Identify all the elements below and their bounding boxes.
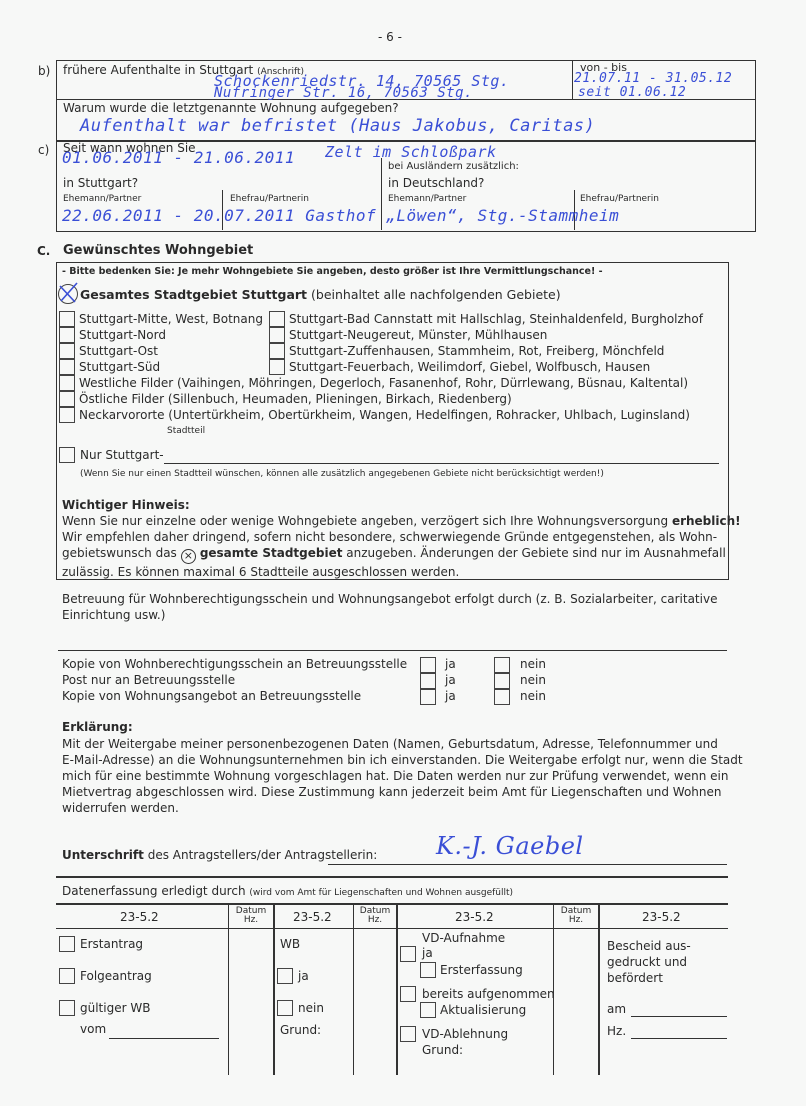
district-label: Stuttgart-Mitte, West, Botnang xyxy=(79,312,263,326)
wb-no-label: nein xyxy=(298,1001,324,1015)
care-label: Betreuung für Wohnberechtigungsschein un… xyxy=(62,591,717,623)
care-option-label: Kopie von Wohnberechtigungsschein an Bet… xyxy=(62,657,407,671)
care-input-line[interactable] xyxy=(58,650,727,651)
already-admitted-checkbox[interactable] xyxy=(400,986,416,1002)
divider xyxy=(228,905,229,1075)
care-option-label: Post nur an Betreuungsstelle xyxy=(62,673,235,687)
wb-yes-label: ja xyxy=(298,969,309,983)
period-1[interactable]: 21.07.11 - 31.05.12 xyxy=(574,71,732,86)
wife-label: Ehefrau/Partnerin xyxy=(230,194,309,204)
vom-label: vom xyxy=(80,1022,106,1036)
district-label: Stuttgart-Ost xyxy=(79,344,158,358)
valid-wb-checkbox[interactable] xyxy=(59,1000,75,1016)
care-no-label: nein xyxy=(520,657,546,671)
declaration-line: E-Mail-Adresse) an die Wohnungsunternehm… xyxy=(62,752,743,768)
district-label: Stuttgart-Zuffenhausen, Stammheim, Rot, … xyxy=(289,344,664,358)
district-label: Östliche Filder (Sillenbuch, Heumaden, P… xyxy=(79,392,512,406)
signature-line[interactable] xyxy=(328,864,727,865)
husband-label-2: Ehemann/Partner xyxy=(388,194,466,204)
valid-wb-label: gültiger WB xyxy=(80,1001,150,1015)
district-label: Stuttgart-Feuerbach, Weilimdorf, Giebel,… xyxy=(289,360,650,374)
declaration-text: Mit der Weitergabe meiner personenbezoge… xyxy=(62,736,743,816)
since-note[interactable]: Zelt im Schloßpark xyxy=(325,143,497,161)
only-district-input[interactable] xyxy=(164,463,719,464)
update-label: Aktualisierung xyxy=(440,1003,526,1017)
district-checkbox[interactable] xyxy=(59,327,75,343)
update-checkbox[interactable] xyxy=(420,1002,436,1018)
divider xyxy=(56,903,728,905)
care-yes-checkbox[interactable] xyxy=(420,657,436,673)
date-header-3: DatumHz. xyxy=(554,907,598,925)
col4-header: 23-5.2 xyxy=(642,910,681,924)
cross-mark-icon xyxy=(57,282,79,304)
col3-header: 23-5.2 xyxy=(455,910,494,924)
date-header-2: DatumHz. xyxy=(354,907,396,925)
office-label: Datenerfassung erledigt durch (wird vom … xyxy=(62,884,513,898)
divider xyxy=(353,905,354,1075)
only-district-checkbox[interactable] xyxy=(59,447,75,463)
first-application-label: Erstantrag xyxy=(80,937,143,951)
vd-reason-label: Grund: xyxy=(422,1043,463,1057)
notice-title: Wichtiger Hinweis: xyxy=(62,498,190,512)
care-yes-checkbox[interactable] xyxy=(420,689,436,705)
care-yes-label: ja xyxy=(445,657,456,671)
district-checkbox[interactable] xyxy=(269,343,285,359)
signature-value[interactable]: K.-J. Gaebel xyxy=(436,832,584,860)
section-c-label: c) xyxy=(38,143,49,157)
follow-up-application-checkbox[interactable] xyxy=(59,968,75,984)
col2-header: 23-5.2 xyxy=(293,910,332,924)
signature-label: Unterschrift des Antragstellers/der Antr… xyxy=(62,848,377,862)
section-C-title: Gewünschtes Wohngebiet xyxy=(63,243,253,258)
district-checkbox[interactable] xyxy=(269,311,285,327)
follow-up-application-label: Folgeantrag xyxy=(80,969,152,983)
foreigner-note: bei Ausländern zusätzlich: xyxy=(388,161,519,172)
divider xyxy=(396,905,398,1075)
notice-text: Wenn Sie nur einzelne oder wenige Wohnge… xyxy=(62,513,741,580)
in-germany-label: in Deutschland? xyxy=(388,176,484,190)
district-checkbox[interactable] xyxy=(269,327,285,343)
care-no-checkbox[interactable] xyxy=(494,657,510,673)
hint-text: - Bitte bedenken Sie: Je mehr Wohngebiet… xyxy=(62,266,603,277)
care-yes-label: ja xyxy=(445,673,456,687)
section-C-letter: C. xyxy=(37,244,50,258)
in-stuttgart-label: in Stuttgart? xyxy=(63,176,138,190)
care-no-label: nein xyxy=(520,673,546,687)
divider xyxy=(273,905,275,1075)
divider xyxy=(56,928,728,929)
vd-rejection-checkbox[interactable] xyxy=(400,1026,416,1042)
hz-label: Hz. xyxy=(607,1024,626,1038)
district-checkbox[interactable] xyxy=(59,311,75,327)
district-label: Stuttgart-Bad Cannstatt mit Hallschlag, … xyxy=(289,312,703,326)
divider xyxy=(56,876,728,878)
declaration-line: Mit der Weitergabe meiner personenbezoge… xyxy=(62,736,743,752)
divider xyxy=(572,60,573,100)
first-capture-checkbox[interactable] xyxy=(420,962,436,978)
wife-label-2: Ehefrau/Partnerin xyxy=(580,194,659,204)
stay-value[interactable]: 22.06.2011 - 20.07.2011 Gasthof „Löwen“,… xyxy=(62,206,619,225)
care-no-label: nein xyxy=(520,689,546,703)
declaration-line: mich für eine bestimmte Wohnung vorgesch… xyxy=(62,768,743,784)
care-yes-checkbox[interactable] xyxy=(420,673,436,689)
district-label: Stuttgart-Neugereut, Münster, Mühlhausen xyxy=(289,328,547,342)
district-checkbox[interactable] xyxy=(59,375,75,391)
district-label: Westliche Filder (Vaihingen, Möhringen, … xyxy=(79,376,688,390)
district-checkbox[interactable] xyxy=(269,359,285,375)
reason-value[interactable]: Aufenthalt war befristet (Haus Jakobus, … xyxy=(80,116,595,136)
district-checkbox[interactable] xyxy=(59,407,75,423)
care-no-checkbox[interactable] xyxy=(494,689,510,705)
care-no-checkbox[interactable] xyxy=(494,673,510,689)
am-input[interactable] xyxy=(631,1016,727,1017)
vd-yes-label: ja xyxy=(422,946,433,960)
first-application-checkbox[interactable] xyxy=(59,936,75,952)
wb-reason-label: Grund: xyxy=(280,1023,321,1037)
district-label: Stuttgart-Nord xyxy=(79,328,166,342)
wb-no-checkbox[interactable] xyxy=(277,1000,293,1016)
reason-label: Warum wurde die letztgenannte Wohnung au… xyxy=(63,101,399,115)
hz-input[interactable] xyxy=(631,1038,727,1039)
circled-x-icon: × xyxy=(181,549,196,564)
divider xyxy=(598,905,600,1075)
only-district-label: Nur Stuttgart- xyxy=(80,448,164,462)
declaration-title: Erklärung: xyxy=(62,720,133,734)
district-label: Stuttgart-Süd xyxy=(79,360,160,374)
declaration-line: widerrufen werden. xyxy=(62,800,743,816)
vd-yes-checkbox[interactable] xyxy=(400,946,416,962)
date-header-1: DatumHz. xyxy=(229,907,273,925)
husband-label: Ehemann/Partner xyxy=(63,194,141,204)
notice-printed-label: Bescheid aus-gedruckt undbefördert xyxy=(607,938,691,986)
since-value[interactable]: 01.06.2011 - 21.06.2011 xyxy=(62,148,295,167)
care-option-label: Kopie von Wohnungsangebot an Betreuungss… xyxy=(62,689,361,703)
district-checkbox[interactable] xyxy=(59,359,75,375)
whole-city-label: Gesamtes Stadtgebiet Stuttgart (beinhalt… xyxy=(80,287,561,302)
care-yes-label: ja xyxy=(445,689,456,703)
section-b-label: b) xyxy=(38,64,50,78)
page-number: - 6 - xyxy=(378,30,402,44)
already-admitted-label: bereits aufgenommen xyxy=(422,987,555,1001)
stadtteil-label: Stadtteil xyxy=(167,426,205,436)
district-checkbox[interactable] xyxy=(59,391,75,407)
whole-city-radio[interactable] xyxy=(58,284,78,304)
vd-rejection-label: VD-Ablehnung xyxy=(422,1027,508,1041)
wb-title: WB xyxy=(280,937,300,951)
district-label: Neckarvororte (Untertürkheim, Obertürkhe… xyxy=(79,408,690,422)
vd-intake-title: VD-Aufnahme xyxy=(422,931,505,945)
am-label: am xyxy=(607,1002,626,1016)
vom-input[interactable] xyxy=(109,1038,219,1039)
only-district-note: (Wenn Sie nur einen Stadtteil wünschen, … xyxy=(80,469,604,479)
first-capture-label: Ersterfassung xyxy=(440,963,523,977)
col1-header: 23-5.2 xyxy=(120,910,159,924)
district-checkbox[interactable] xyxy=(59,343,75,359)
previous-address-2[interactable]: Nufringer Str. 16, 70563 Stg. xyxy=(214,85,473,101)
wb-yes-checkbox[interactable] xyxy=(277,968,293,984)
period-2[interactable]: seit 01.06.12 xyxy=(578,85,686,100)
declaration-line: Mietvertrag abgeschlossen wird. Diese Zu… xyxy=(62,784,743,800)
